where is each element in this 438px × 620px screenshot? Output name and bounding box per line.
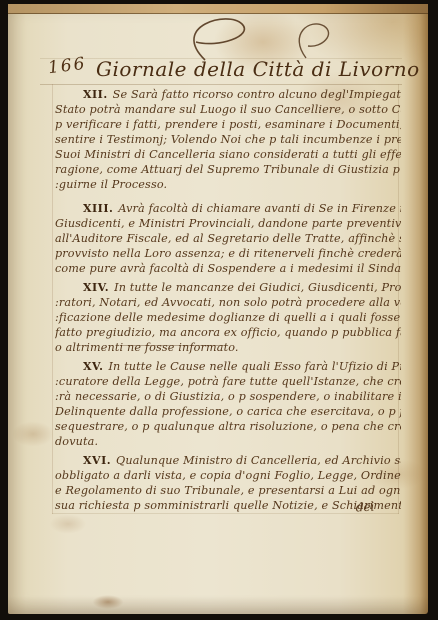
frame-line-left bbox=[52, 84, 53, 514]
manuscript-line: :curatore della Legge, potrà fare tutte … bbox=[55, 374, 401, 389]
page-bottom-shadow bbox=[8, 596, 428, 614]
paragraph-numeral: XVI. bbox=[83, 454, 111, 467]
manuscript-line: fatto pregiudizio, ma ancora ex officio,… bbox=[55, 325, 401, 340]
manuscript-line: Suoi Ministri di Cancelleria siano consi… bbox=[55, 147, 401, 162]
manuscript-line: all'Auditore Fiscale, ed al Segretario d… bbox=[55, 231, 401, 246]
paragraph-xii: XII.Se Sarà fatto ricorso contro alcuno … bbox=[55, 87, 401, 192]
paragraph-numeral: XIV. bbox=[83, 281, 109, 294]
manuscript-line: sentire i Testimonj; Volendo Noi che p t… bbox=[55, 132, 401, 147]
manuscript-line-text: Qualunque Ministro di Cancelleria, ed Ar… bbox=[116, 454, 401, 467]
manuscript-line: o altrimenti ne fosse informato. bbox=[55, 340, 401, 355]
manuscript-line: e Regolamento di suo Tribunale, e presen… bbox=[55, 483, 401, 498]
paragraph-numeral: XII. bbox=[83, 88, 108, 101]
manuscript-line: :guirne il Processo. bbox=[55, 177, 401, 192]
manuscript-line: sequestrare, o p qualunque altra risoluz… bbox=[55, 419, 401, 434]
frame-line-under-title bbox=[40, 84, 402, 85]
manuscript-line: XII.Se Sarà fatto ricorso contro alcuno … bbox=[55, 87, 401, 102]
manuscript-line: :ficazione delle medesime doglianze di q… bbox=[55, 310, 401, 325]
manuscript-line: dovuta. bbox=[55, 434, 401, 449]
manuscript-line: :rà necessarie, o di Giustizia, o p sosp… bbox=[55, 389, 401, 404]
manuscript-line: :ratori, Notari, ed Avvocati, non solo p… bbox=[55, 295, 401, 310]
manuscript-line: p verificare i fatti, prendere i posti, … bbox=[55, 117, 401, 132]
paragraph-numeral: XV. bbox=[83, 360, 103, 373]
manuscript-line: XIII.Avrà facoltà di chiamare avanti di … bbox=[55, 201, 401, 216]
manuscript-line-text: In tutte le mancanze dei Giudici, Giusdi… bbox=[114, 281, 401, 294]
manuscript-line-text: In tutte le Cause nelle quali Esso farà … bbox=[108, 360, 401, 373]
manuscript-line: obbligato a darli vista, e copia d'ogni … bbox=[55, 468, 401, 483]
manuscript-line: ragione, come Attuarj del Supremo Tribun… bbox=[55, 162, 401, 177]
paragraph-xv: XV.In tutte le Cause nelle quali Esso fa… bbox=[55, 359, 401, 449]
photograph-background: 166 Giornale della Città di Livorno XII.… bbox=[0, 0, 438, 620]
underline-stroke bbox=[120, 345, 225, 346]
manuscript-line-text: Se Sarà fatto ricorso contro alcuno degl… bbox=[113, 88, 401, 101]
manuscript-line: Stato potrà mandare sul Luogo il suo Can… bbox=[55, 102, 401, 117]
manuscript-line: XIV.In tutte le mancanze dei Giudici, Gi… bbox=[55, 280, 401, 295]
paragraph-xiii: XIII.Avrà facoltà di chiamare avanti di … bbox=[55, 201, 401, 276]
paragraph-numeral: XIII. bbox=[83, 202, 113, 215]
page-title: Giornale della Città di Livorno bbox=[96, 57, 406, 81]
manuscript-line: Delinquente dalla professione, o carica … bbox=[55, 404, 401, 419]
manuscript-text-block: XII.Se Sarà fatto ricorso contro alcuno … bbox=[55, 87, 401, 517]
title-flourish bbox=[110, 8, 370, 64]
manuscript-line: XVI.Qualunque Ministro di Cancelleria, e… bbox=[55, 453, 401, 468]
paragraph-xiv: XIV.In tutte le mancanze dei Giudici, Gi… bbox=[55, 280, 401, 355]
manuscript-line: come pure avrà facoltà di Sospendere a i… bbox=[55, 261, 401, 276]
manuscript-line: XV.In tutte le Cause nelle quali Esso fa… bbox=[55, 359, 401, 374]
manuscript-line-text: Avrà facoltà di chiamare avanti di Se in… bbox=[118, 202, 401, 215]
manuscript-line: provvisto nella Loro assenza; e di riten… bbox=[55, 246, 401, 261]
manuscript-line: Giusdicenti, e Ministri Provinciali, dan… bbox=[55, 216, 401, 231]
